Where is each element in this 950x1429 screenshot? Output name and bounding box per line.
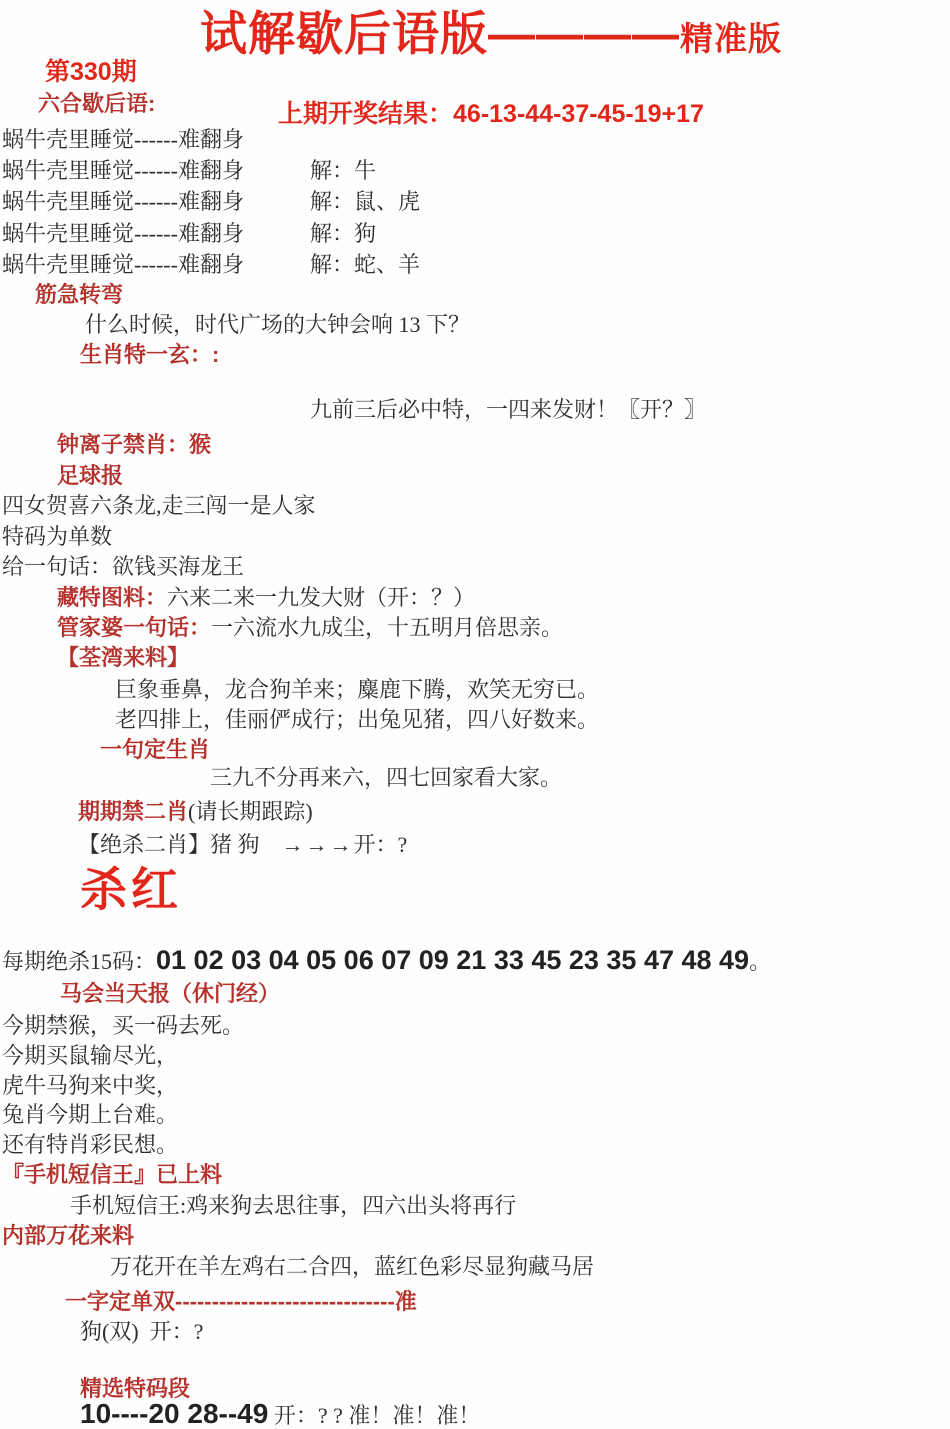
riddle-row: 蜗牛壳里睡觉------难翻身解：狗 — [2, 220, 376, 248]
last-draw-result: 上期开奖结果：46-13-44-37-45-19+17 — [278, 100, 704, 128]
shahong-title: 杀红 — [80, 876, 182, 904]
one-sentence-label: 一句定生肖 — [100, 736, 210, 764]
ban-two-label: 期期禁二肖 — [78, 799, 188, 824]
tema-numbers: 10----20 28--49 — [80, 1398, 268, 1429]
kill-numbers-label: 每期绝杀15码： — [2, 949, 156, 974]
mahui-line: 兔肖今期上台难。 — [2, 1101, 178, 1129]
tema-line: 10----20 28--49 开：? ? 准！准！准！ — [80, 1400, 480, 1429]
football-line: 特码为单数 — [2, 523, 112, 551]
mahui-line: 还有特肖彩民想。 — [2, 1131, 178, 1159]
quanwan-line: 老四排上，佳丽俨成行；出兔见猪，四八好数来。 — [115, 706, 599, 734]
riddle-text: 蜗牛壳里睡觉------难翻身 — [2, 251, 310, 279]
page-title: 试解歇后语版————精准版 — [200, 20, 782, 53]
mahui-line: 今期禁猴，买一码去死。 — [2, 1012, 244, 1040]
riddle-row: 蜗牛壳里睡觉------难翻身解：鼠、虎 — [2, 188, 420, 216]
danshuang-line: 狗(双) 开：? — [80, 1318, 203, 1346]
riddle-row: 蜗牛壳里睡觉------难翻身解：蛇、羊 — [2, 251, 420, 279]
wanhua-label: 内部万花来料 — [2, 1222, 134, 1250]
wanhua-text: 万花开在羊左鸡右二合四，蓝红色彩尽显狗藏马居 — [110, 1253, 594, 1281]
tema-result: 开：? ? 准！准！准！ — [274, 1403, 481, 1428]
riddle-row: 蜗牛壳里睡觉------难翻身 — [2, 126, 310, 154]
brain-teaser-question: 什么时候，时代广场的大钟会响 13 下？ — [85, 311, 470, 339]
sms-king-label: 『手机短信王』已上料 — [2, 1161, 222, 1189]
danshuang-label: 一字定单双------------------------------准 — [65, 1288, 417, 1316]
zhongli-ban-line: 钟离子禁肖：猴 — [57, 431, 211, 459]
riddle-answer: 解：鼠、虎 — [310, 189, 420, 214]
zhongli-ban-value: 猴 — [189, 432, 211, 457]
hehoulv-section-label: 六合歇后语: — [38, 90, 155, 118]
riddle-answer: 解：蛇、羊 — [310, 252, 420, 277]
mahui-label: 马会当天报（休门经） — [60, 980, 280, 1008]
kill-numbers-period: 。 — [749, 949, 771, 974]
page-title-main: 试解歇后语版 — [200, 7, 488, 60]
riddle-answer: 解：狗 — [310, 221, 376, 246]
zhongli-ban-label: 钟离子禁肖： — [57, 432, 189, 457]
sms-king-text: 手机短信王:鸡来狗去思往事，四六出头将再行 — [70, 1192, 516, 1220]
brain-teaser-label: 筋急转弯 — [35, 281, 123, 309]
quanwan-label: 【荃湾来料】 — [57, 644, 189, 672]
last-draw-result-label: 上期开奖结果： — [278, 100, 453, 128]
arrow-icons: →→→ — [282, 832, 354, 857]
riddle-text: 蜗牛壳里睡觉------难翻身 — [2, 157, 310, 185]
page-title-sub: 精准版 — [680, 20, 782, 57]
kill-two-result: 开：? — [354, 832, 408, 857]
kill-two-line: 【绝杀二肖】猪 狗 →→→开：? — [78, 831, 407, 859]
ban-two-note: (请长期跟踪) — [188, 799, 313, 824]
issue-number: 第330期 — [45, 58, 137, 86]
zodiac-special-hint: 九前三后必中特，一四来发财！〖开？〗 — [310, 396, 706, 424]
riddle-answer: 解：牛 — [310, 158, 376, 183]
guanjiapo-text: 一六流水九成尘，十五明月倍思亲。 — [211, 615, 563, 640]
kill-two-label: 【绝杀二肖】猪 狗 — [78, 832, 260, 857]
football-report-label: 足球报 — [57, 462, 123, 490]
guanjiapo-line: 管家婆一句话：一六流水九成尘，十五明月倍思亲。 — [57, 614, 563, 642]
cangte-text: 六来二来一九发大财（开：？） — [167, 585, 475, 610]
football-line: 四女贺喜六条龙,走三闯一是人家 — [2, 492, 316, 520]
riddle-text: 蜗牛壳里睡觉------难翻身 — [2, 220, 310, 248]
guanjiapo-label: 管家婆一句话： — [57, 615, 211, 640]
kill-numbers: 01 02 03 04 05 06 07 09 21 33 45 23 35 4… — [156, 945, 749, 975]
cangte-line: 藏特图料：六来二来一九发大财（开：？） — [57, 584, 475, 612]
last-draw-result-numbers: 46-13-44-37-45-19+17 — [453, 100, 704, 128]
quanwan-line: 巨象垂鼻，龙合狗羊来；麋鹿下腾，欢笑无穷已。 — [115, 676, 599, 704]
mahui-line: 虎牛马狗来中奖， — [2, 1072, 178, 1100]
riddle-row: 蜗牛壳里睡觉------难翻身解：牛 — [2, 157, 376, 185]
zodiac-special-label: 生肖特一玄：: — [80, 341, 219, 369]
ban-two-line: 期期禁二肖(请长期跟踪) — [78, 798, 313, 826]
riddle-text: 蜗牛壳里睡觉------难翻身 — [2, 188, 310, 216]
football-line: 给一句话：欲钱买海龙王 — [2, 553, 244, 581]
one-sentence-text: 三九不分再来六，四七回家看大家。 — [210, 764, 562, 792]
danshuang-result: 开：? — [150, 1319, 204, 1344]
riddle-text: 蜗牛壳里睡觉------难翻身 — [2, 126, 310, 154]
danshuang-value: 狗(双) — [80, 1319, 139, 1344]
cangte-label: 藏特图料： — [57, 585, 167, 610]
lottery-tip-sheet: 试解歇后语版————精准版 第330期 六合歇后语: 上期开奖结果：46-13-… — [0, 0, 950, 1429]
page-title-dash: ———— — [488, 7, 680, 60]
mahui-line: 今期买鼠输尽光， — [2, 1042, 178, 1070]
kill-numbers-line: 每期绝杀15码：01 02 03 04 05 06 07 09 21 33 45… — [2, 946, 771, 976]
